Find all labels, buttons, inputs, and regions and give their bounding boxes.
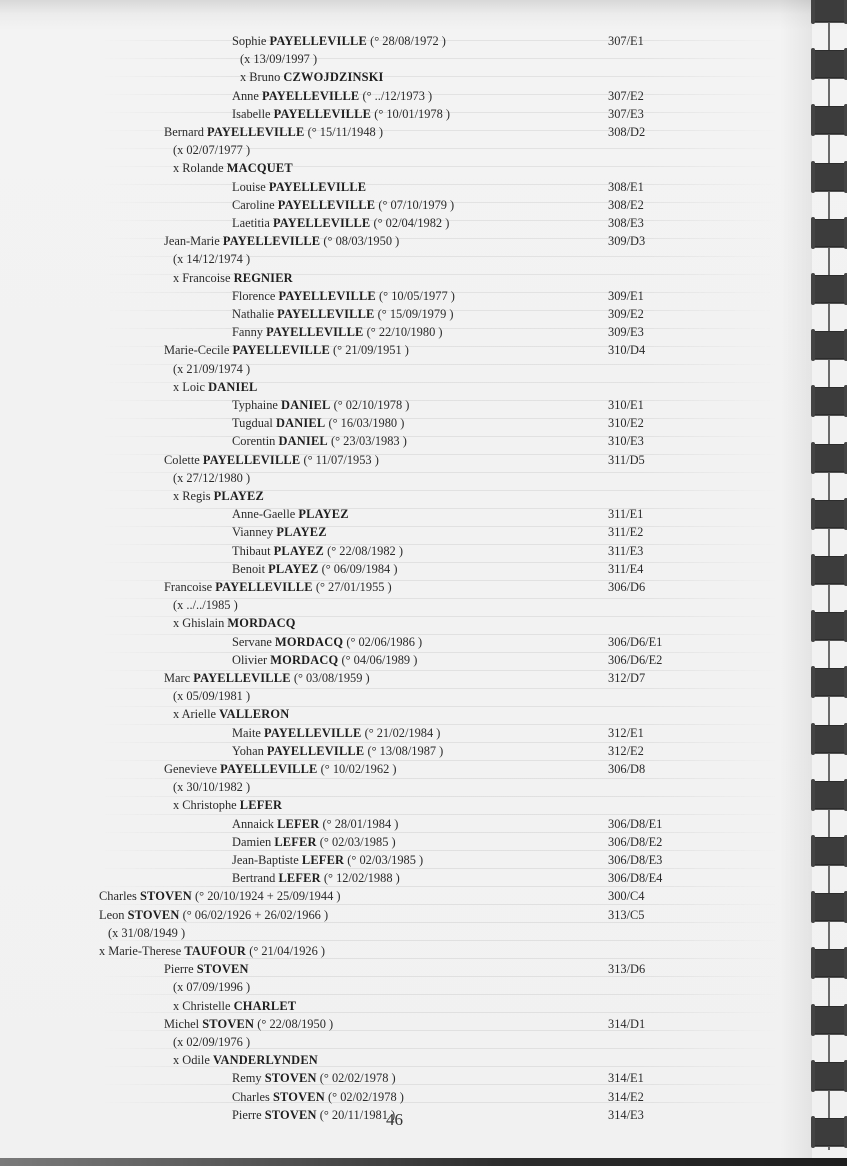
reference-code: 311/E2 [608, 523, 643, 541]
surname: REGNIER [234, 271, 293, 285]
entry-text: Anne-Gaelle PLAYEZ [232, 505, 349, 523]
reference-code: 311/E3 [608, 542, 643, 560]
surname: TAUFOUR [184, 944, 246, 958]
given-name: Typhaine [232, 398, 278, 412]
surname: PAYELLEVILLE [277, 307, 374, 321]
entry-dates: (° 02/10/1978 ) [334, 398, 410, 412]
given-name: Fanny [232, 325, 263, 339]
entry-text: x Loic DANIEL [173, 378, 258, 396]
entry-text: x Arielle VALLERON [173, 705, 289, 723]
reference-code: 306/D8/E3 [608, 851, 662, 869]
reference-code: 306/D8/E2 [608, 833, 662, 851]
surname: PAYELLEVILLE [274, 107, 371, 121]
entry-row: Michel STOVEN (° 22/08/1950 )314/D1 [0, 1015, 800, 1033]
entry-dates: (° 20/11/1981 ) [320, 1108, 395, 1122]
entry-row: (x 02/07/1977 ) [0, 141, 800, 159]
entry-row: Charles STOVEN (° 20/10/1924 + 25/09/194… [0, 887, 800, 905]
surname: PAYELLEVILLE [273, 216, 370, 230]
entry-row: x Christophe LEFER [0, 796, 800, 814]
entry-dates: (° 02/02/1978 ) [328, 1090, 404, 1104]
entry-text: Michel STOVEN (° 22/08/1950 ) [164, 1015, 333, 1033]
surname: CZWOJDZINSKI [283, 70, 383, 84]
entry-row: x Regis PLAYEZ [0, 487, 800, 505]
entry-text: Remy STOVEN (° 02/02/1978 ) [232, 1069, 396, 1087]
entry-dates: (° 22/08/1982 ) [327, 544, 403, 558]
entry-prefix: (x 14/12/1974 ) [173, 252, 250, 266]
given-name: Laetitia [232, 216, 270, 230]
entry-dates: (° 23/03/1983 ) [331, 434, 407, 448]
entry-text: Benoit PLAYEZ (° 06/09/1984 ) [232, 560, 397, 578]
entry-text: Isabelle PAYELLEVILLE (° 10/01/1978 ) [232, 105, 450, 123]
entry-row: Colette PAYELLEVILLE (° 11/07/1953 )311/… [0, 451, 800, 469]
entry-row: (x 05/09/1981 ) [0, 687, 800, 705]
entry-text: Sophie PAYELLEVILLE (° 28/08/1972 ) [232, 32, 446, 50]
entry-row: (x 14/12/1974 ) [0, 250, 800, 268]
entry-prefix: x Odile [173, 1053, 210, 1067]
entry-text: (x 07/09/1996 ) [173, 978, 250, 996]
entry-text: Vianney PLAYEZ [232, 523, 327, 541]
reference-code: 312/D7 [608, 669, 645, 687]
entry-row: Bernard PAYELLEVILLE (° 15/11/1948 )308/… [0, 123, 800, 141]
entry-prefix: (x 27/12/1980 ) [173, 471, 250, 485]
entry-text: Pierre STOVEN (° 20/11/1981 ) [232, 1106, 395, 1124]
surname: PAYELLEVILLE [262, 89, 359, 103]
reference-code: 310/E1 [608, 396, 644, 414]
entry-row: Sophie PAYELLEVILLE (° 28/08/1972 )307/E… [0, 32, 800, 50]
reference-code: 309/E2 [608, 305, 644, 323]
entry-prefix: x Bruno [240, 70, 280, 84]
given-name: Sophie [232, 34, 266, 48]
entry-prefix: (x 21/09/1974 ) [173, 362, 250, 376]
binding-ring [812, 556, 847, 584]
binding-ring [812, 106, 847, 134]
reference-code: 306/D6/E2 [608, 651, 662, 669]
given-name: Bertrand [232, 871, 275, 885]
entry-text: x Marie-Therese TAUFOUR (° 21/04/1926 ) [99, 942, 325, 960]
entry-text: (x 30/10/1982 ) [173, 778, 250, 796]
entry-row: Laetitia PAYELLEVILLE (° 02/04/1982 )308… [0, 214, 800, 232]
reference-code: 306/D6 [608, 578, 645, 596]
entry-dates: (° 27/01/1955 ) [316, 580, 392, 594]
reference-code: 311/E4 [608, 560, 643, 578]
entry-dates: (° 12/02/1988 ) [324, 871, 400, 885]
entry-prefix: x Christelle [173, 999, 230, 1013]
entry-dates: (° 10/01/1978 ) [374, 107, 450, 121]
entry-text: Servane MORDACQ (° 02/06/1986 ) [232, 633, 422, 651]
reference-code: 308/E2 [608, 196, 644, 214]
given-name: Michel [164, 1017, 199, 1031]
scanner-bottom-edge [0, 1158, 847, 1166]
entry-dates: (° 22/08/1950 ) [257, 1017, 333, 1031]
entry-text: Francoise PAYELLEVILLE (° 27/01/1955 ) [164, 578, 392, 596]
given-name: Charles [232, 1090, 270, 1104]
reference-code: 308/E1 [608, 178, 644, 196]
entry-dates: (° 28/01/1984 ) [323, 817, 399, 831]
entry-row: (x 31/08/1949 ) [0, 924, 800, 942]
binding-ring [812, 387, 847, 415]
surname: PLAYEZ [298, 507, 348, 521]
reference-code: 314/D1 [608, 1015, 645, 1033]
surname: LEFER [274, 835, 316, 849]
entry-text: Charles STOVEN (° 20/10/1924 + 25/09/194… [99, 887, 341, 905]
given-name: Nathalie [232, 307, 274, 321]
entry-row: Olivier MORDACQ (° 04/06/1989 )306/D6/E2 [0, 651, 800, 669]
entry-text: Marc PAYELLEVILLE (° 03/08/1959 ) [164, 669, 370, 687]
entry-dates: (° ../12/1973 ) [363, 89, 433, 103]
entry-row: Caroline PAYELLEVILLE (° 07/10/1979 )308… [0, 196, 800, 214]
entry-prefix: x Loic [173, 380, 205, 394]
entry-text: Yohan PAYELLEVILLE (° 13/08/1987 ) [232, 742, 443, 760]
reference-code: 310/D4 [608, 341, 645, 359]
entry-row: Benoit PLAYEZ (° 06/09/1984 )311/E4 [0, 560, 800, 578]
entry-row: Maite PAYELLEVILLE (° 21/02/1984 )312/E1 [0, 724, 800, 742]
entry-prefix: (x 13/09/1997 ) [240, 52, 317, 66]
entry-dates: (° 06/02/1926 + 26/02/1966 ) [183, 908, 328, 922]
entry-prefix: x Ghislain [173, 616, 224, 630]
entry-text: Olivier MORDACQ (° 04/06/1989 ) [232, 651, 417, 669]
entry-dates: (° 21/02/1984 ) [365, 726, 441, 740]
given-name: Damien [232, 835, 271, 849]
surname: LEFER [278, 871, 320, 885]
reference-code: 307/E3 [608, 105, 644, 123]
surname: PAYELLEVILLE [264, 726, 361, 740]
entry-prefix: x Marie-Therese [99, 944, 181, 958]
entry-text: x Bruno CZWOJDZINSKI [240, 68, 384, 86]
entry-dates: (° 08/03/1950 ) [323, 234, 399, 248]
given-name: Jean-Marie [164, 234, 220, 248]
binding-ring [812, 331, 847, 359]
surname: PAYELLEVILLE [267, 744, 364, 758]
given-name: Yohan [232, 744, 264, 758]
reference-code: 309/E1 [608, 287, 644, 305]
surname: STOVEN [273, 1090, 325, 1104]
entry-text: (x 13/09/1997 ) [240, 50, 317, 68]
entry-text: Bernard PAYELLEVILLE (° 15/11/1948 ) [164, 123, 383, 141]
entry-dates: (° 20/10/1924 + 25/09/1944 ) [195, 889, 340, 903]
surname: PAYELLEVILLE [193, 671, 290, 685]
entry-text: Marie-Cecile PAYELLEVILLE (° 21/09/1951 … [164, 341, 409, 359]
entry-text: x Christophe LEFER [173, 796, 282, 814]
given-name: Genevieve [164, 762, 217, 776]
given-name: Benoit [232, 562, 265, 576]
entry-dates: (° 16/03/1980 ) [328, 416, 404, 430]
entry-text: (x 02/07/1977 ) [173, 141, 250, 159]
binding-ring [812, 893, 847, 921]
entry-text: x Christelle CHARLET [173, 997, 296, 1015]
entry-row: x Ghislain MORDACQ [0, 614, 800, 632]
entry-row: (x 13/09/1997 ) [0, 50, 800, 68]
given-name: Leon [99, 908, 124, 922]
surname: MORDACQ [275, 635, 343, 649]
reference-code: 313/C5 [608, 906, 645, 924]
entry-text: Bertrand LEFER (° 12/02/1988 ) [232, 869, 400, 887]
entry-row: Jean-Baptiste LEFER (° 02/03/1985 )306/D… [0, 851, 800, 869]
entry-row: x Bruno CZWOJDZINSKI [0, 68, 800, 86]
entry-dates: (° 13/08/1987 ) [367, 744, 443, 758]
reference-code: 312/E2 [608, 742, 644, 760]
surname: STOVEN [128, 908, 180, 922]
binding-ring [812, 219, 847, 247]
entry-text: Jean-Baptiste LEFER (° 02/03/1985 ) [232, 851, 423, 869]
surname: LEFER [240, 798, 282, 812]
entry-text: Corentin DANIEL (° 23/03/1983 ) [232, 432, 407, 450]
entry-row: Corentin DANIEL (° 23/03/1983 )310/E3 [0, 432, 800, 450]
entry-row: Anne PAYELLEVILLE (° ../12/1973 )307/E2 [0, 87, 800, 105]
entry-text: Genevieve PAYELLEVILLE (° 10/02/1962 ) [164, 760, 397, 778]
entry-dates: (° 21/04/1926 ) [249, 944, 325, 958]
entry-row: Thibaut PLAYEZ (° 22/08/1982 )311/E3 [0, 542, 800, 560]
entry-dates: (° 03/08/1959 ) [294, 671, 370, 685]
entry-row: (x 30/10/1982 ) [0, 778, 800, 796]
entry-text: Pierre STOVEN [164, 960, 249, 978]
entry-row: Vianney PLAYEZ311/E2 [0, 523, 800, 541]
surname: PAYELLEVILLE [270, 34, 367, 48]
entry-row: Genevieve PAYELLEVILLE (° 10/02/1962 )30… [0, 760, 800, 778]
given-name: Marc [164, 671, 190, 685]
entry-row: (x ../../1985 ) [0, 596, 800, 614]
surname: STOVEN [265, 1071, 317, 1085]
surname: STOVEN [140, 889, 192, 903]
entry-prefix: (x 02/09/1976 ) [173, 1035, 250, 1049]
entry-prefix: (x 31/08/1949 ) [108, 926, 185, 940]
surname: MACQUET [227, 161, 293, 175]
surname: MORDACQ [227, 616, 295, 630]
given-name: Colette [164, 453, 200, 467]
entry-prefix: (x 05/09/1981 ) [173, 689, 250, 703]
surname: PAYELLEVILLE [223, 234, 320, 248]
entry-row: Anne-Gaelle PLAYEZ311/E1 [0, 505, 800, 523]
surname: PAYELLEVILLE [207, 125, 304, 139]
given-name: Anne [232, 89, 259, 103]
entry-row: Damien LEFER (° 02/03/1985 )306/D8/E2 [0, 833, 800, 851]
reference-code: 312/E1 [608, 724, 644, 742]
entry-prefix: x Christophe [173, 798, 237, 812]
entry-row: Marc PAYELLEVILLE (° 03/08/1959 )312/D7 [0, 669, 800, 687]
entry-row: Remy STOVEN (° 02/02/1978 )314/E1 [0, 1069, 800, 1087]
entry-row: x Loic DANIEL [0, 378, 800, 396]
reference-code: 307/E1 [608, 32, 644, 50]
reference-code: 311/E1 [608, 505, 643, 523]
binding-ring [812, 500, 847, 528]
given-name: Marie-Cecile [164, 343, 229, 357]
entry-text: Anne PAYELLEVILLE (° ../12/1973 ) [232, 87, 432, 105]
given-name: Pierre [164, 962, 194, 976]
surname: DANIEL [278, 434, 327, 448]
entry-row: Leon STOVEN (° 06/02/1926 + 26/02/1966 )… [0, 906, 800, 924]
entry-dates: (° 02/02/1978 ) [320, 1071, 396, 1085]
surname: VANDERLYNDEN [213, 1053, 318, 1067]
surname: CHARLET [234, 999, 297, 1013]
entry-text: x Rolande MACQUET [173, 159, 293, 177]
surname: PAYELLEVILLE [220, 762, 317, 776]
binding-ring [812, 275, 847, 303]
entry-text: (x 14/12/1974 ) [173, 250, 250, 268]
entry-prefix: (x 30/10/1982 ) [173, 780, 250, 794]
entry-row: Isabelle PAYELLEVILLE (° 10/01/1978 )307… [0, 105, 800, 123]
reference-code: 306/D8 [608, 760, 645, 778]
given-name: Thibaut [232, 544, 271, 558]
entry-dates: (° 07/10/1979 ) [378, 198, 454, 212]
given-name: Remy [232, 1071, 262, 1085]
surname: PLAYEZ [276, 525, 326, 539]
entry-row: x Arielle VALLERON [0, 705, 800, 723]
entry-row: x Francoise REGNIER [0, 269, 800, 287]
entry-row: Tugdual DANIEL (° 16/03/1980 )310/E2 [0, 414, 800, 432]
reference-code: 311/D5 [608, 451, 645, 469]
given-name: Francoise [164, 580, 212, 594]
reference-code: 306/D8/E1 [608, 815, 662, 833]
surname: PAYELLEVILLE [215, 580, 312, 594]
binding-ring [812, 1006, 847, 1034]
entry-text: x Regis PLAYEZ [173, 487, 264, 505]
reference-code: 308/D2 [608, 123, 645, 141]
entry-text: Maite PAYELLEVILLE (° 21/02/1984 ) [232, 724, 440, 742]
entry-row: x Marie-Therese TAUFOUR (° 21/04/1926 ) [0, 942, 800, 960]
binding-ring [812, 668, 847, 696]
entry-text: Charles STOVEN (° 02/02/1978 ) [232, 1088, 404, 1106]
surname: PAYELLEVILLE [269, 180, 366, 194]
entry-text: (x ../../1985 ) [173, 596, 238, 614]
surname: LEFER [302, 853, 344, 867]
binding-ring [812, 163, 847, 191]
entry-text: Jean-Marie PAYELLEVILLE (° 08/03/1950 ) [164, 232, 399, 250]
given-name: Olivier [232, 653, 267, 667]
entry-text: Annaick LEFER (° 28/01/1984 ) [232, 815, 398, 833]
spiral-binding [812, 0, 847, 1166]
reference-code: 309/D3 [608, 232, 645, 250]
entry-text: x Ghislain MORDACQ [173, 614, 296, 632]
entry-dates: (° 28/08/1972 ) [370, 34, 446, 48]
surname: STOVEN [265, 1108, 317, 1122]
entry-row: Annaick LEFER (° 28/01/1984 )306/D8/E1 [0, 815, 800, 833]
entry-prefix: x Francoise [173, 271, 230, 285]
surname: PLAYEZ [268, 562, 318, 576]
binding-ring [812, 781, 847, 809]
entry-text: (x 27/12/1980 ) [173, 469, 250, 487]
entry-row: Typhaine DANIEL (° 02/10/1978 )310/E1 [0, 396, 800, 414]
entry-dates: (° 02/06/1986 ) [346, 635, 422, 649]
entry-prefix: x Arielle [173, 707, 216, 721]
surname: DANIEL [281, 398, 330, 412]
entry-row: Jean-Marie PAYELLEVILLE (° 08/03/1950 )3… [0, 232, 800, 250]
entry-dates: (° 10/05/1977 ) [379, 289, 455, 303]
surname: PAYELLEVILLE [266, 325, 363, 339]
surname: DANIEL [276, 416, 325, 430]
entry-row: Louise PAYELLEVILLE308/E1 [0, 178, 800, 196]
entry-prefix: (x 07/09/1996 ) [173, 980, 250, 994]
entry-dates: (° 21/09/1951 ) [333, 343, 409, 357]
given-name: Louise [232, 180, 266, 194]
reference-code: 300/C4 [608, 887, 645, 905]
given-name: Isabelle [232, 107, 271, 121]
entry-text: Tugdual DANIEL (° 16/03/1980 ) [232, 414, 404, 432]
entry-text: (x 02/09/1976 ) [173, 1033, 250, 1051]
binding-ring [812, 837, 847, 865]
given-name: Jean-Baptiste [232, 853, 299, 867]
binding-ring [812, 949, 847, 977]
given-name: Bernard [164, 125, 204, 139]
entry-row: Yohan PAYELLEVILLE (° 13/08/1987 )312/E2 [0, 742, 800, 760]
binding-ring [812, 612, 847, 640]
given-name: Caroline [232, 198, 275, 212]
entry-dates: (° 02/04/1982 ) [374, 216, 450, 230]
reference-code: 314/E3 [608, 1106, 644, 1124]
given-name: Vianney [232, 525, 273, 539]
binding-ring [812, 0, 847, 22]
entry-row: x Rolande MACQUET [0, 159, 800, 177]
reference-code: 313/D6 [608, 960, 645, 978]
reference-code: 314/E2 [608, 1088, 644, 1106]
entry-row: Charles STOVEN (° 02/02/1978 )314/E2 [0, 1088, 800, 1106]
entry-text: Leon STOVEN (° 06/02/1926 + 26/02/1966 ) [99, 906, 328, 924]
entry-row: Francoise PAYELLEVILLE (° 27/01/1955 )30… [0, 578, 800, 596]
page-number: 46 [386, 1110, 403, 1130]
entry-dates: (° 15/09/1979 ) [378, 307, 454, 321]
entry-dates: (° 11/07/1953 ) [303, 453, 378, 467]
surname: PLAYEZ [274, 544, 324, 558]
entry-row: Florence PAYELLEVILLE (° 10/05/1977 )309… [0, 287, 800, 305]
entry-text: (x 05/09/1981 ) [173, 687, 250, 705]
given-name: Anne-Gaelle [232, 507, 295, 521]
entry-text: Damien LEFER (° 02/03/1985 ) [232, 833, 396, 851]
entry-text: x Odile VANDERLYNDEN [173, 1051, 318, 1069]
entry-row: x Odile VANDERLYNDEN [0, 1051, 800, 1069]
binding-ring [812, 1062, 847, 1090]
entry-text: Fanny PAYELLEVILLE (° 22/10/1980 ) [232, 323, 443, 341]
surname: STOVEN [202, 1017, 254, 1031]
entry-row: (x 27/12/1980 ) [0, 469, 800, 487]
surname: PAYELLEVILLE [203, 453, 300, 467]
surname: PAYELLEVILLE [232, 343, 329, 357]
entry-text: Thibaut PLAYEZ (° 22/08/1982 ) [232, 542, 403, 560]
entry-text: Nathalie PAYELLEVILLE (° 15/09/1979 ) [232, 305, 454, 323]
binding-ring [812, 444, 847, 472]
given-name: Pierre [232, 1108, 262, 1122]
binding-ring [812, 725, 847, 753]
given-name: Servane [232, 635, 272, 649]
surname: LEFER [277, 817, 319, 831]
entry-row: Marie-Cecile PAYELLEVILLE (° 21/09/1951 … [0, 341, 800, 359]
entry-dates: (° 06/09/1984 ) [322, 562, 398, 576]
entry-dates: (° 15/11/1948 ) [308, 125, 383, 139]
reference-code: 310/E2 [608, 414, 644, 432]
entry-dates: (° 22/10/1980 ) [367, 325, 443, 339]
entry-text: (x 31/08/1949 ) [108, 924, 185, 942]
entry-text: Typhaine DANIEL (° 02/10/1978 ) [232, 396, 409, 414]
reference-code: 307/E2 [608, 87, 644, 105]
reference-code: 310/E3 [608, 432, 644, 450]
entry-dates: (° 02/03/1985 ) [320, 835, 396, 849]
given-name: Annaick [232, 817, 274, 831]
entry-text: Louise PAYELLEVILLE [232, 178, 366, 196]
entry-row: Nathalie PAYELLEVILLE (° 15/09/1979 )309… [0, 305, 800, 323]
entry-dates: (° 04/06/1989 ) [342, 653, 418, 667]
entry-prefix: x Rolande [173, 161, 224, 175]
entry-row: Servane MORDACQ (° 02/06/1986 )306/D6/E1 [0, 633, 800, 651]
entry-text: Colette PAYELLEVILLE (° 11/07/1953 ) [164, 451, 379, 469]
reference-code: 306/D6/E1 [608, 633, 662, 651]
entry-row: (x 02/09/1976 ) [0, 1033, 800, 1051]
entry-text: Caroline PAYELLEVILLE (° 07/10/1979 ) [232, 196, 454, 214]
entry-row: x Christelle CHARLET [0, 997, 800, 1015]
entry-row: Fanny PAYELLEVILLE (° 22/10/1980 )309/E3 [0, 323, 800, 341]
surname: PLAYEZ [214, 489, 264, 503]
entry-prefix: (x ../../1985 ) [173, 598, 238, 612]
surname: MORDACQ [270, 653, 338, 667]
entry-row: Bertrand LEFER (° 12/02/1988 )306/D8/E4 [0, 869, 800, 887]
entry-prefix: x Regis [173, 489, 211, 503]
given-name: Maite [232, 726, 261, 740]
